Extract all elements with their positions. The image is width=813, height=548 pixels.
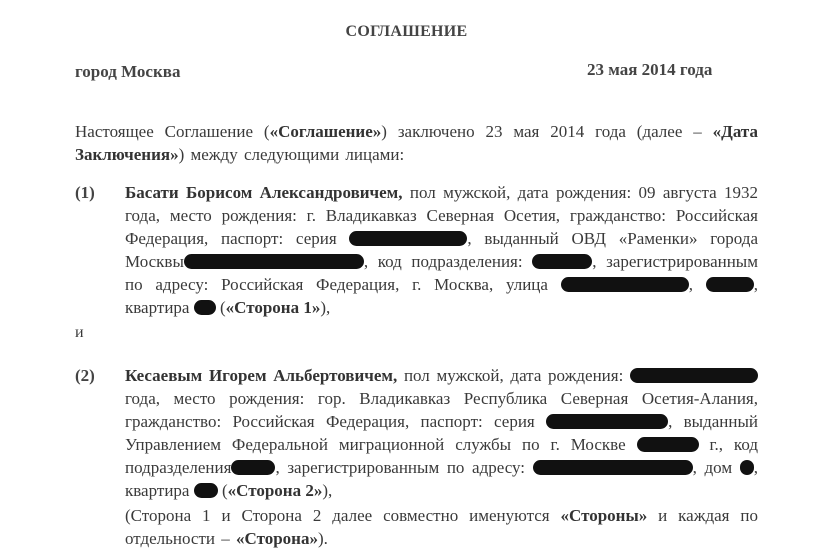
intro-text: ) заключено 23 мая 2014 года (далее – bbox=[381, 122, 712, 141]
party-2-label: «Сторона 2» bbox=[228, 481, 323, 500]
party-1-clause: (1) Басати Борисом Александровичем, пол … bbox=[75, 181, 758, 319]
defined-term-parties: «Стороны» bbox=[561, 506, 648, 525]
document-page: СОГЛАШЕНИЕ город Москва 23 мая 2014 года… bbox=[0, 0, 813, 548]
party-1-name: Басати Борисом Александровичем, bbox=[125, 183, 403, 202]
party-number: (2) bbox=[75, 364, 95, 387]
closing-text: (Сторона 1 и Сторона 2 далее совместно и… bbox=[125, 506, 561, 525]
intro-text: Настоящее Соглашение ( bbox=[75, 122, 270, 141]
party-2-body: Кесаевым Игорем Альбертовичем, пол мужск… bbox=[125, 364, 758, 502]
redaction-block bbox=[184, 254, 364, 269]
party-2-name: Кесаевым Игорем Альбертовичем, bbox=[125, 366, 397, 385]
redaction-block bbox=[740, 460, 754, 475]
party-text: , дом bbox=[693, 458, 740, 477]
party-text: , код подразделения: bbox=[364, 252, 532, 271]
redaction-block bbox=[706, 277, 754, 292]
document-title: СОГЛАШЕНИЕ bbox=[0, 20, 813, 43]
document-date: 23 мая 2014 года bbox=[587, 58, 712, 81]
redaction-block bbox=[630, 368, 758, 383]
party-text: , bbox=[689, 275, 706, 294]
party-text: ), bbox=[320, 298, 330, 317]
party-2-clause: (2) Кесаевым Игорем Альбертовичем, пол м… bbox=[75, 364, 758, 502]
party-text: пол мужской, дата рождения: bbox=[397, 366, 630, 385]
party-text: , зарегистрированным по адресу: bbox=[275, 458, 532, 477]
intro-paragraph: Настоящее Соглашение («Соглашение») закл… bbox=[75, 120, 758, 166]
defined-term-party: «Сторона» bbox=[236, 529, 318, 548]
party-1-body: Басати Борисом Александровичем, пол мужс… bbox=[125, 181, 758, 319]
conjunction: и bbox=[75, 321, 84, 344]
redaction-block bbox=[231, 460, 275, 475]
redaction-block bbox=[561, 277, 689, 292]
party-text: ( bbox=[218, 481, 228, 500]
party-text: ), bbox=[322, 481, 332, 500]
party-number: (1) bbox=[75, 181, 95, 204]
redaction-block bbox=[194, 483, 218, 498]
party-text: ( bbox=[216, 298, 226, 317]
redaction-block bbox=[194, 300, 216, 315]
redaction-block bbox=[637, 437, 699, 452]
closing-paragraph: (Сторона 1 и Сторона 2 далее совместно и… bbox=[125, 504, 758, 548]
defined-term-agreement: «Соглашение» bbox=[270, 122, 382, 141]
party-1-label: «Сторона 1» bbox=[226, 298, 321, 317]
intro-text: ) между следующими лицами: bbox=[179, 145, 405, 164]
document-city: город Москва bbox=[75, 60, 180, 83]
redaction-block bbox=[546, 414, 668, 429]
closing-text: ). bbox=[318, 529, 328, 548]
redaction-block bbox=[533, 460, 693, 475]
redaction-block bbox=[349, 231, 467, 246]
redaction-block bbox=[532, 254, 592, 269]
